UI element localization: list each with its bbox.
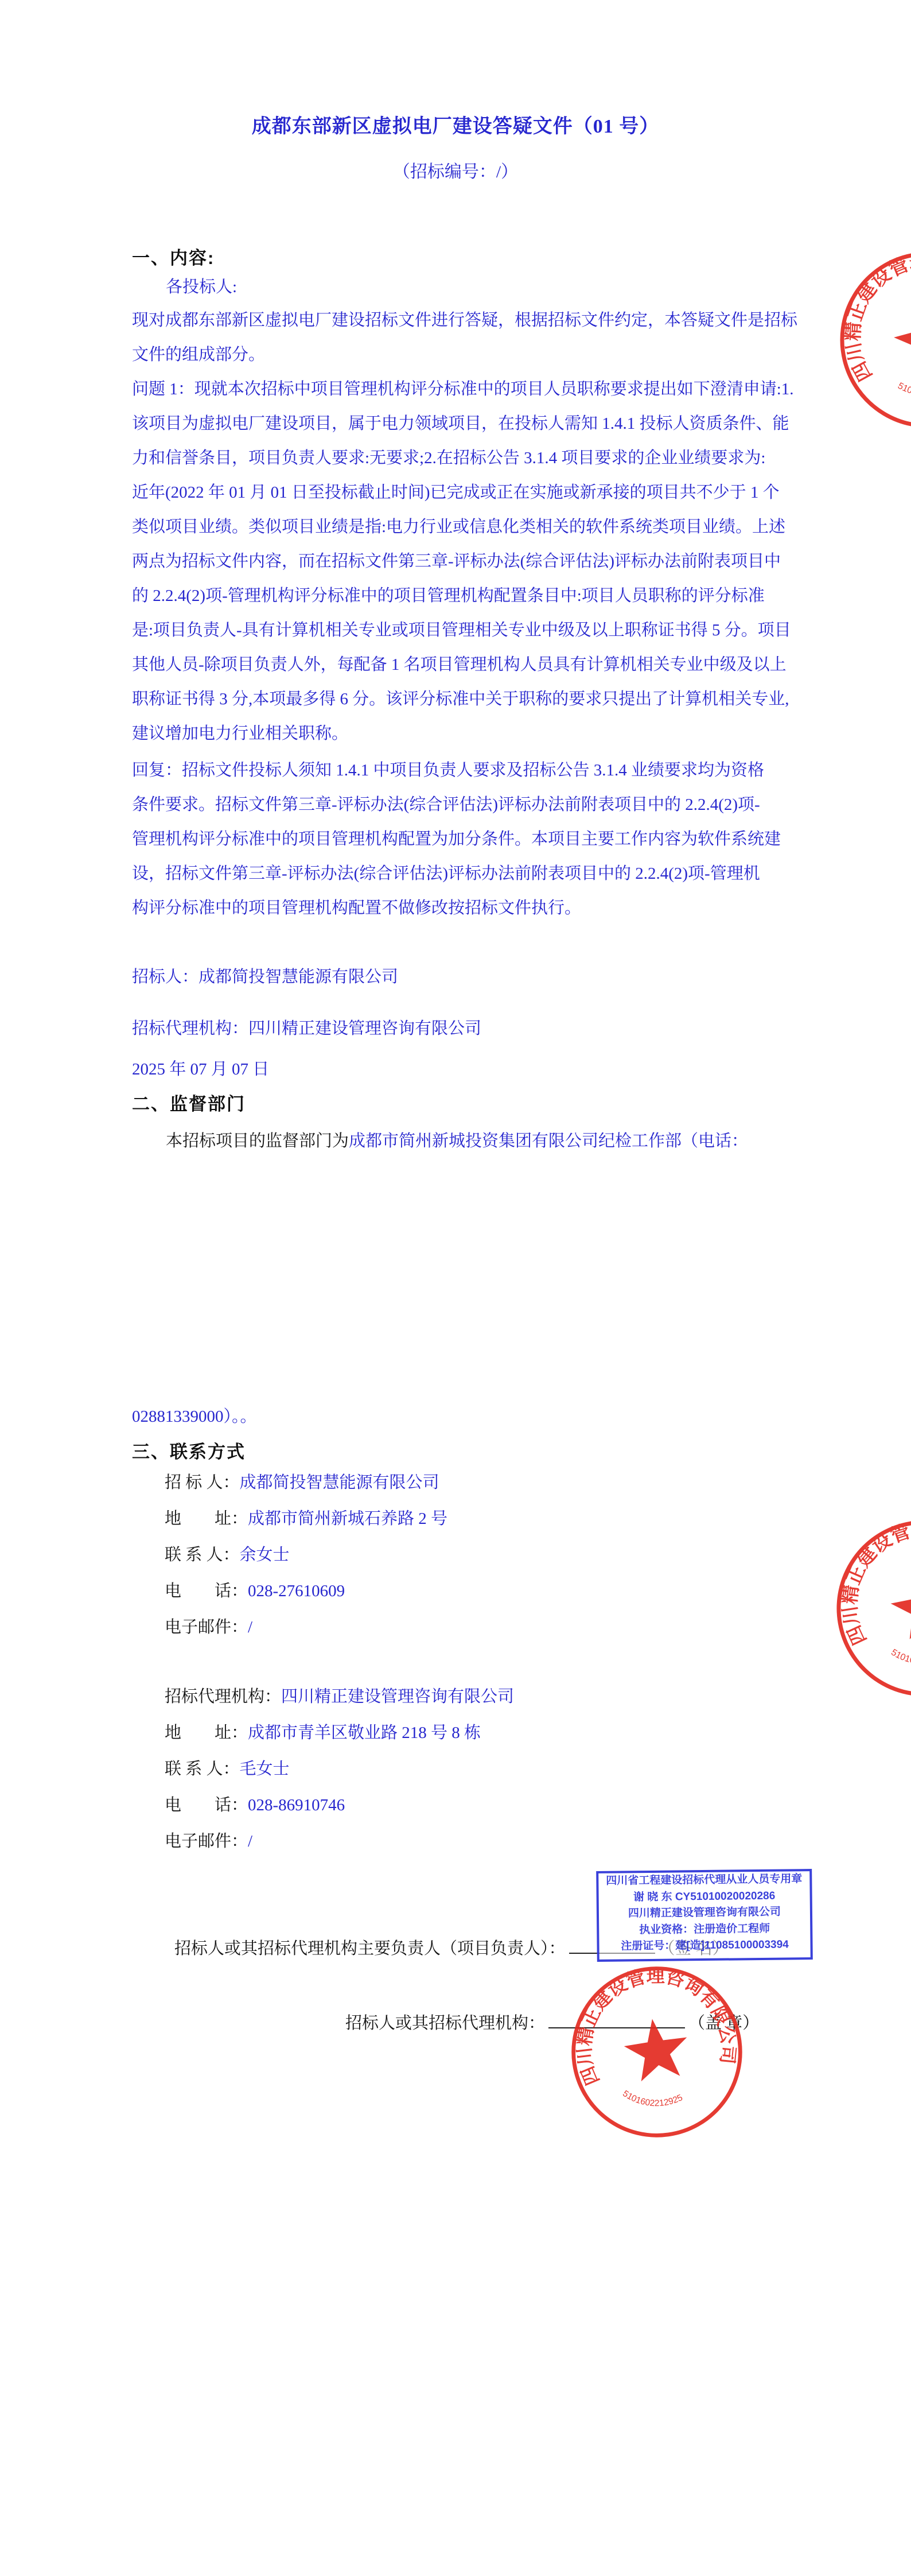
org-signature-underline [548, 2027, 685, 2028]
date-line: 2025 年 07 月 07 日 [132, 1052, 269, 1087]
contact-value: / [248, 1832, 252, 1850]
intro-paragraph: 现对成都东部新区虚拟电厂建设招标文件进行答疑，根据招标文件约定，本答疑文件是招标… [132, 303, 797, 372]
tender-number-subtitle: （招标编号：/） [0, 157, 911, 183]
section-3-heading: 三、联系方式 [132, 1437, 246, 1463]
question-line: 职称证书得 3 分,本项最多得 6 分。该评分标准中关于职称的要求只提出了计算机… [132, 682, 794, 716]
contact-value: 028-27610609 [248, 1582, 345, 1600]
contact-value: 成都市简州新城石养路 2 号 [248, 1510, 447, 1528]
contact-label: 招 标 人： [165, 1473, 240, 1492]
contact-label: 联 系 人： [165, 1760, 240, 1778]
agent-stamp-line: 执业资格：注册造价工程师 [599, 1921, 810, 1939]
intro-line: 文件的组成部分。 [132, 337, 797, 372]
contact-label: 地 址： [165, 1510, 248, 1528]
agency-contact-block: 招标代理机构：四川精正建设管理咨询有限公司 地 址：成都市青羊区敬业路 218 … [165, 1679, 514, 1860]
contact-row: 联 系 人：毛女士 [165, 1751, 514, 1787]
intro-line: 现对成都东部新区虚拟电厂建设招标文件进行答疑，根据招标文件约定，本答疑文件是招标 [132, 303, 797, 337]
contact-value: 028-86910746 [248, 1796, 345, 1814]
agent-stamp-line: 四川省工程建设招标代理从业人员专用章 [598, 1871, 809, 1890]
company-seal-middle-right: 四川精正建设管理咨询有限公司 5101602212925 [819, 1502, 911, 1715]
org-signature-suffix: （盖 章） [688, 2014, 759, 2032]
contact-label: 电子邮件： [165, 1832, 248, 1850]
contact-row: 联 系 人：余女士 [165, 1537, 447, 1573]
contact-label: 联 系 人： [165, 1546, 240, 1564]
svg-text:四川精正建设管理咨询有限公司: 四川精正建设管理咨询有限公司 [824, 232, 911, 386]
agency-name-line: 招标代理机构：四川精正建设管理咨询有限公司 [132, 1011, 481, 1046]
seal-company-text: 四川精正建设管理咨询有限公司 [826, 1505, 911, 1649]
seal-serial-text: 5101602212925 [888, 1638, 911, 1673]
seal-serial-text: 5101602212925 [620, 2081, 684, 2114]
document-page: 成都东部新区虚拟电厂建设答疑文件（01 号） （招标编号：/） 一、内容: 各投… [0, 0, 911, 2576]
company-seal-top-right: 四川精正建设管理咨询有限公司 5101602212925 [817, 228, 911, 451]
supervision-lead: 本招标项目的监督部门为 [166, 1132, 349, 1150]
question-line: 类似项目业绩。类似项目业绩是指:电力行业或信息化类相关的软件系统类项目业绩。上述 [132, 510, 794, 544]
agent-certificate-stamp: 四川省工程建设招标代理从业人员专用章 谢 晓 东 CY5101002002028… [596, 1869, 813, 1962]
seal-company-text: 四川精正建设管理咨询有限公司 [824, 232, 911, 386]
contact-row: 电 话：028-86910746 [165, 1787, 514, 1824]
svg-text:5101602212925: 5101602212925 [894, 367, 911, 407]
bidder-name-line: 招标人：成都简投智慧能源有限公司 [132, 960, 398, 994]
section-2-heading: 二、监督部门 [132, 1089, 246, 1115]
seal-serial-text: 5101602212925 [894, 367, 911, 407]
contact-value: 成都市青羊区敬业路 218 号 8 栋 [248, 1724, 481, 1742]
contact-label: 电子邮件： [165, 1618, 248, 1636]
question-line: 该项目为虚拟电厂建设项目，属于电力领域项目，在投标人需知 1.4.1 投标人资质… [132, 406, 794, 441]
reply-line: 管理机构评分标准中的项目管理机构配置为加分条件。本项目主要工作内容为软件系统建 [132, 822, 781, 856]
supervision-phone-tail: 02881339000）。。 [132, 1399, 257, 1434]
org-signature-label: 招标人或其招标代理机构： [345, 2014, 545, 2032]
reply-line: 构评分标准中的项目管理机构配置不做修改按招标文件执行。 [132, 891, 781, 925]
contact-value: 毛女士 [240, 1760, 290, 1778]
question-line: 的 2.2.4(2)项-管理机构评分标准中的项目管理机构配置条目中:项目人员职称… [132, 579, 794, 613]
reply-line: 回复：招标文件投标人须知 1.4.1 中项目负责人要求及招标公告 3.1.4 业… [132, 753, 781, 787]
agent-stamp-line: 谢 晓 东 CY51010020020286 [599, 1888, 810, 1906]
question-line: 是:项目负责人-具有计算机相关专业或项目管理相关专业中级及以上职称证书得 5 分… [132, 613, 794, 647]
contact-value: 成都简投智慧能源有限公司 [240, 1473, 439, 1492]
contact-row: 招 标 人：成都简投智慧能源有限公司 [165, 1465, 447, 1501]
company-seal-bottom: 四川精正建设管理咨询有限公司 5101602212925 [556, 1952, 757, 2152]
reply-line: 条件要求。招标文件第三章-评标办法(综合评估法)评标办法前附表项目中的 2.2.… [132, 787, 781, 822]
question-line: 两点为招标文件内容，而在招标文件第三章-评标办法(综合评估法)评标办法前附表项目… [132, 544, 794, 579]
contact-value: / [248, 1618, 252, 1636]
contact-value: 余女士 [240, 1546, 290, 1564]
contact-label: 地 址： [165, 1724, 248, 1742]
supervision-department: 成都市简州新城投资集团有限公司纪检工作部（电话： [349, 1132, 748, 1150]
contact-label: 招标代理机构： [165, 1687, 281, 1706]
contact-row: 地 址：成都市青羊区敬业路 218 号 8 栋 [165, 1715, 514, 1751]
principal-signature-label: 招标人或其招标代理机构主要负责人（项目负责人）： [174, 1939, 566, 1958]
contact-label: 电 话： [165, 1796, 248, 1814]
question-line: 力和信誉条目，项目负责人要求:无要求;2.在招标公告 3.1.4 项目要求的企业… [132, 441, 794, 475]
reply-paragraph: 回复：招标文件投标人须知 1.4.1 中项目负责人要求及招标公告 3.1.4 业… [132, 753, 781, 925]
seal-star-icon [886, 1569, 911, 1642]
salutation: 各投标人: [166, 270, 237, 304]
question-line: 近年(2022 年 01 月 01 日至投标截止时间)已完成或正在实施或新承接的… [132, 475, 794, 510]
contact-row: 电子邮件：/ [165, 1824, 514, 1860]
question-paragraph: 问题 1：现就本次招标中项目管理机构评分标准中的项目人员职称要求提出如下澄清申请… [132, 372, 794, 751]
svg-text:四川精正建设管理咨询有限公司: 四川精正建设管理咨询有限公司 [826, 1505, 911, 1649]
question-line: 问题 1：现就本次招标中项目管理机构评分标准中的项目人员职称要求提出如下澄清申请… [132, 372, 794, 406]
bidder-contact-block: 招 标 人：成都简投智慧能源有限公司 地 址：成都市简州新城石养路 2 号 联 … [165, 1465, 447, 1646]
question-line: 其他人员-除项目负责人外，每配备 1 名项目管理机构人员具有计算机相关专业中级及… [132, 647, 794, 682]
contact-value: 四川精正建设管理咨询有限公司 [281, 1687, 514, 1706]
agent-stamp-line: 四川精正建设管理咨询有限公司 [599, 1904, 810, 1922]
section-1-heading: 一、内容: [132, 243, 215, 269]
svg-text:5101602212925: 5101602212925 [888, 1638, 911, 1673]
contact-row: 电 话：028-27610609 [165, 1573, 447, 1609]
contact-label: 电 话： [165, 1582, 248, 1600]
agent-stamp-line: 注册证号：建[造]11085100003394 [599, 1937, 810, 1955]
question-line: 建议增加电力行业相关职称。 [132, 716, 794, 751]
org-signature-row: 招标人或其招标代理机构：（盖 章） [345, 2010, 759, 2034]
contact-row: 招标代理机构：四川精正建设管理咨询有限公司 [165, 1679, 514, 1715]
reply-line: 设，招标文件第三章-评标办法(综合评估法)评标办法前附表项目中的 2.2.4(2… [132, 856, 781, 891]
supervision-line: 本招标项目的监督部门为成都市简州新城投资集团有限公司纪检工作部（电话： [166, 1124, 748, 1158]
seal-star-icon [888, 298, 911, 375]
contact-row: 电子邮件：/ [165, 1609, 447, 1646]
page-title: 成都东部新区虚拟电厂建设答疑文件（01 号） [0, 110, 911, 138]
svg-text:5101602212925: 5101602212925 [620, 2081, 684, 2114]
contact-row: 地 址：成都市简州新城石养路 2 号 [165, 1501, 447, 1537]
